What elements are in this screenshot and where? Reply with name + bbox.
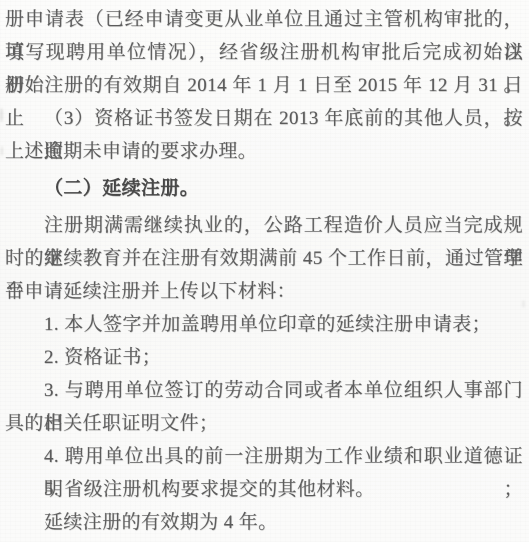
document-text-block: 册申请表（已经申请变更从业单位且通过主管机构审批的，可以 填写现聘用单位情况），… (5, 3, 523, 539)
text-line: 延续注册的有效期为 4 年。 (5, 506, 523, 539)
list-item: 1. 本人签字并加盖聘用单位印章的延续注册申请表； (5, 308, 523, 341)
list-item: 2. 资格证书； (5, 341, 523, 374)
text-line: 册申请表（已经申请变更从业单位且通过主管机构审批的，可以 (5, 3, 523, 36)
list-item: 4. 聘用单位出具的前一注册期为工作业绩和职业道德证明； (5, 440, 523, 473)
text-line: 台申请延续注册并上传以下材料： (5, 275, 523, 308)
scanned-document-page: 册申请表（已经申请变更从业单位且通过主管机构审批的，可以 填写现聘用单位情况），… (0, 0, 529, 542)
list-item: 3. 与聘用单位签订的劳动合同或者本单位组织人事部门出 (5, 374, 523, 407)
scan-artifact (1, 146, 3, 156)
text-line: 具的相关任职证明文件； (5, 407, 523, 440)
text-line: （3）资格证书签发日期在 2013 年底前的其他人员，按照 (5, 102, 523, 135)
text-line: 上述逾期未申请的要求办理。 (5, 135, 523, 168)
section-heading: （二）延续注册。 (5, 172, 523, 205)
text-line: 初始注册的有效期自 2014 年 1 月 1 日至 2015 年 12 月 31… (5, 69, 523, 102)
text-line: 填写现聘用单位情况），经省级注册机构审批后完成初始注册。 (5, 36, 523, 69)
text-line: 时的继续教育并在注册有效期满前 45 个工作日前，通过管理平 (5, 242, 523, 275)
scan-artifact (0, 108, 3, 122)
text-line: 注册期满需继续执业的，公路工程造价人员应当完成规定学 (5, 209, 523, 242)
